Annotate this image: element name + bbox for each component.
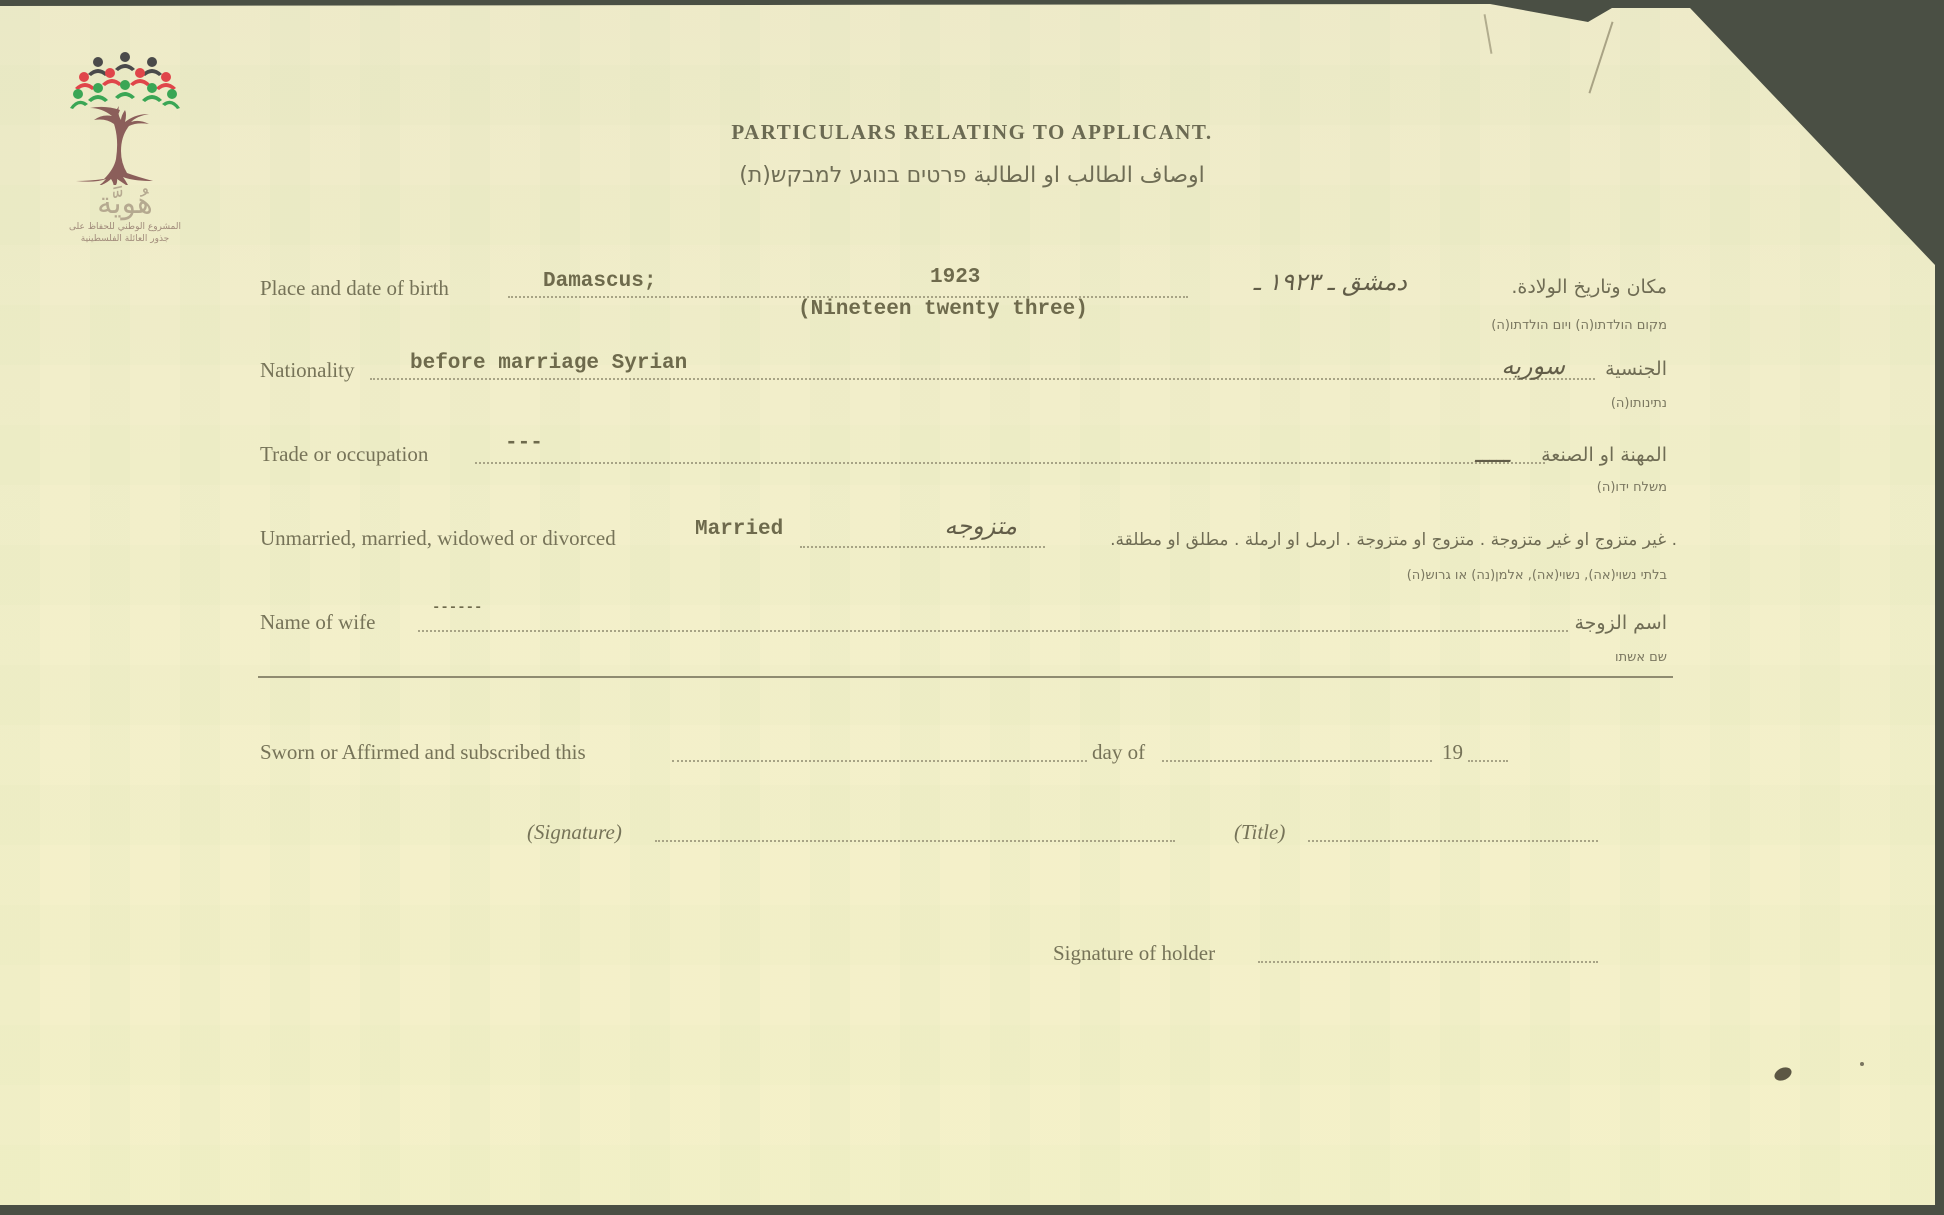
birth-arabic-label: مكان وتاريخ الولادة. <box>1511 276 1667 298</box>
marital-handwritten: متزوجه <box>944 512 1017 540</box>
occupation-arabic-label: المهنة او الصنعة <box>1541 444 1667 466</box>
birth-label: Place and date of birth <box>260 276 449 301</box>
ink-spot <box>1860 1062 1864 1066</box>
day-of-label: day of <box>1092 740 1145 765</box>
watermark-logo: هُويَّة المشروع الوطني للحفاظ على جذور ا… <box>65 50 185 245</box>
signature-label: (Signature) <box>527 820 622 845</box>
year-prefix: 19 <box>1442 740 1463 765</box>
page-subtitle: اوصاف الطالب او الطالبة פרטים בנוגע למבק… <box>0 163 1944 188</box>
year-dotted-line <box>1468 760 1508 762</box>
wife-arabic-label: اسم الزوجة <box>1574 612 1667 634</box>
occupation-hebrew-label: משלח ידו(ה) <box>1597 480 1667 495</box>
marital-hebrew-label: בלתי נשוי(אה), נשוי(אה), אלמן(נה) או גרו… <box>1407 568 1667 583</box>
ink-spot <box>1772 1065 1793 1083</box>
occupation-label: Trade or occupation <box>260 442 428 467</box>
birth-place-value: Damascus; <box>543 270 656 293</box>
signature-dotted-line <box>655 840 1175 842</box>
logo-wordmark: هُويَّة <box>65 187 185 221</box>
title-dotted-line <box>1308 840 1598 842</box>
title-label: (Title) <box>1234 820 1285 845</box>
nationality-hebrew-label: נתינותו(ה) <box>1611 396 1667 411</box>
birth-hebrew-label: מקום הולדתו(ה) ויום הולדתו(ה) <box>1491 318 1667 333</box>
nationality-dotted-line <box>370 378 1595 380</box>
sworn-day-dotted-line <box>672 760 1087 762</box>
marital-status-value: Married <box>695 518 783 541</box>
holder-signature-dotted-line <box>1258 961 1598 963</box>
page-title: PARTICULARS RELATING TO APPLICANT. <box>0 120 1944 145</box>
wife-name-label: Name of wife <box>260 610 375 635</box>
paper-tear <box>1588 22 1613 94</box>
birth-year-value: 1923 <box>930 266 980 289</box>
wife-dotted-line <box>418 630 1568 632</box>
occupation-handwritten: ـــــ <box>1475 440 1510 468</box>
logo-caption-line2: جذور العائلة الفلسطينية <box>65 233 185 245</box>
nationality-arabic-label: الجنسية <box>1605 358 1667 380</box>
wife-name-value: ------ <box>432 600 482 616</box>
section-divider <box>258 676 1673 678</box>
wife-hebrew-label: שם אשתו <box>1615 650 1667 665</box>
document-page: هُويَّة المشروع الوطني للحفاظ على جذور ا… <box>0 0 1935 1205</box>
month-dotted-line <box>1162 760 1432 762</box>
birth-handwritten: دمشق ـ ١٩٢٣ ـ <box>1254 268 1408 296</box>
birth-year-words: (Nineteen twenty three) <box>798 298 1088 321</box>
marital-dotted-line <box>800 546 1045 548</box>
sworn-label: Sworn or Affirmed and subscribed this <box>260 740 586 765</box>
logo-caption-line1: المشروع الوطني للحفاظ على <box>65 221 185 233</box>
nationality-label: Nationality <box>260 358 354 383</box>
marital-arabic-label: . غير متزوج او غير متزوجة . متزوج او متز… <box>1110 530 1677 550</box>
occupation-dotted-line <box>475 462 1545 464</box>
occupation-value: --- <box>505 432 543 455</box>
nationality-handwritten: سوريه <box>1501 352 1565 380</box>
nationality-value: before marriage Syrian <box>410 352 687 375</box>
holder-signature-label: Signature of holder <box>1053 941 1215 966</box>
marital-status-label: Unmarried, married, widowed or divorced <box>260 526 616 551</box>
paper-tear <box>1484 14 1493 54</box>
